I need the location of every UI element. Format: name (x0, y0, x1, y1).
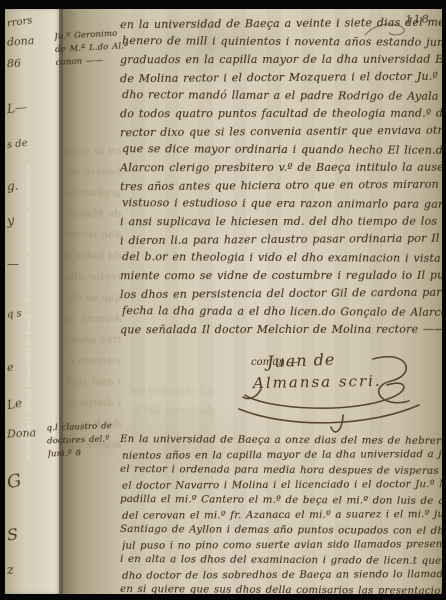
manuscript-line: dho rector mandó llamar a el padre Rodri… (122, 86, 442, 106)
showthrough-line: graduados en la capilla mayor de la dha … (65, 183, 121, 204)
manuscript-line: Alarcon clerigo presbitero v.º de Baeça … (120, 159, 442, 178)
manuscript-line: i ansi suplicava le hiciesen md. del dho… (120, 213, 442, 232)
showthrough-line: q.l claustro de (65, 381, 215, 401)
manuscript-line: do todos quatro puntos facultad de theol… (120, 105, 442, 124)
prev-page-text-fragment: rrors (6, 15, 33, 29)
prev-page-text-fragment: G (5, 470, 23, 494)
showthrough-line: Alarcon clerigo presbitero v.º de Baeça … (65, 309, 121, 330)
manuscript-line: en si quiere que sus dhos della comisari… (120, 582, 442, 594)
manuscript-line: de Molina rector i el doctor Mozquera i … (120, 68, 442, 89)
prev-page-text-fragment: 86 (7, 57, 21, 70)
text-block-1: en la universidad de Baeça a veinte i si… (120, 15, 442, 339)
showthrough-line: henero de mill i quinientos i noventa añ… (65, 162, 121, 183)
showthrough-line: do todos quatro puntos facultad de theol… (65, 246, 121, 267)
showthrough-line: dho rector mandó llamar a el padre Rodri… (65, 225, 121, 246)
signature-name-line1: Juan de (267, 350, 336, 371)
manuscript-line: que se dice mayor ordinaria i quando hec… (122, 140, 442, 160)
archive-watermark: Archivo de la Antigua Universidad de Bae… (26, 103, 33, 523)
manuscript-line: rector dixo que si les convenia asentir … (120, 122, 442, 143)
showthrough-line: en la universidad de Baeça a veinte i si… (65, 141, 121, 162)
signature-name-line2: Almansa scri. (253, 372, 382, 392)
prev-page-text-fragment: q s (7, 308, 23, 320)
showthrough-line: que se dice mayor ordinaria i quando hec… (65, 288, 121, 309)
manuscript-page: 118 Ju.º Geronimode M.ª L.do Al.ªcanon —… (63, 9, 442, 594)
prev-page-text-fragment: S (6, 524, 20, 544)
manuscript-line: henero de mill i quinientos i noventa añ… (122, 32, 442, 52)
prev-page-text-fragment: — (7, 257, 19, 271)
text-block-2: En la universidad de Baeça a onze dias d… (120, 433, 442, 594)
signature-block: Juan de Almansa scri. (231, 345, 431, 441)
manuscript-line: graduados en la capilla mayor de la dha … (120, 51, 442, 70)
prev-page-text-fragment: Le (6, 396, 23, 412)
prev-page-text-fragment: e (7, 361, 14, 374)
showthrough-line: rector dixo que si les convenia asentir … (65, 267, 121, 288)
previous-page-edge: rrorsdona86L—s deg.y—q seLeDonaGSz (5, 9, 63, 594)
manuscript-line: del b.or en theologia i vido el dho exam… (122, 248, 442, 268)
showthrough-line: vistuoso i estudioso i que era razon ani… (65, 351, 121, 372)
prev-page-text-fragment: g. (7, 179, 19, 194)
manuscript-line: en la universidad de Baeça a veinte i si… (120, 14, 442, 35)
showthrough-line: doctores del.º (65, 401, 215, 421)
book-photo: rrorsdona86L—s deg.y—q seLeDonaGSz 118 J… (5, 9, 442, 594)
prev-page-text-fragment: L— (6, 100, 27, 116)
prev-page-text-fragment: y (6, 214, 15, 230)
showthrough-line: tres años antes que hiciera otro que en … (65, 330, 121, 351)
manuscript-line: i dieron li.a para hazer claustro pasar … (120, 230, 442, 251)
manuscript-line: miente como se vidne de costumbre i regu… (120, 267, 442, 286)
manuscript-line: que señalada Il doctor Melchior de Molin… (120, 321, 442, 340)
prev-page-text-fragment: z (6, 563, 14, 578)
manuscript-scan: rrorsdona86L—s deg.y—q seLeDonaGSz 118 J… (0, 0, 446, 600)
prev-page-text-fragment: dona (7, 34, 35, 49)
manuscript-line: fecha la dha grada a el dho licen.do Gon… (122, 302, 442, 322)
manuscript-line: tres años antes que hiciera otro que en … (120, 176, 442, 197)
manuscript-line: los dhos en persistencia del doctor Gil … (120, 284, 442, 305)
showthrough-text-lower: q.l claustro dedoctores del.ºJuni.º 8 (65, 381, 215, 421)
manuscript-line: vistuoso i estudioso i que era razon ani… (122, 194, 442, 214)
showthrough-line: de Molina rector i el doctor Mozquera i … (65, 204, 121, 225)
